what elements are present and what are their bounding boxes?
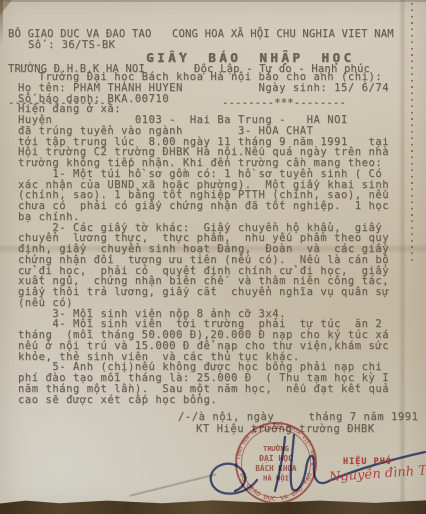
photo-top-edge: [0, 0, 426, 2]
document-number: Số : 36/TS-BK: [28, 39, 115, 51]
paper-crease-horizontal: [0, 244, 426, 254]
document-body-text: Trường Đại học Bách khoa Hà nội báo cho …: [18, 72, 389, 405]
perforation-dots: [411, 3, 413, 265]
page-title: GIẤY BÁO NHẬP HỌC: [146, 50, 354, 65]
signature-stroke: [211, 435, 425, 494]
country-name: CONG HOA XÃ HỘI CHU NGHIA VIET NAM: [172, 29, 394, 41]
document-page: BÔ GIAO DUC VA ĐAO TAO TRƯỜNG Đ.H.B.K HA…: [0, 0, 426, 514]
